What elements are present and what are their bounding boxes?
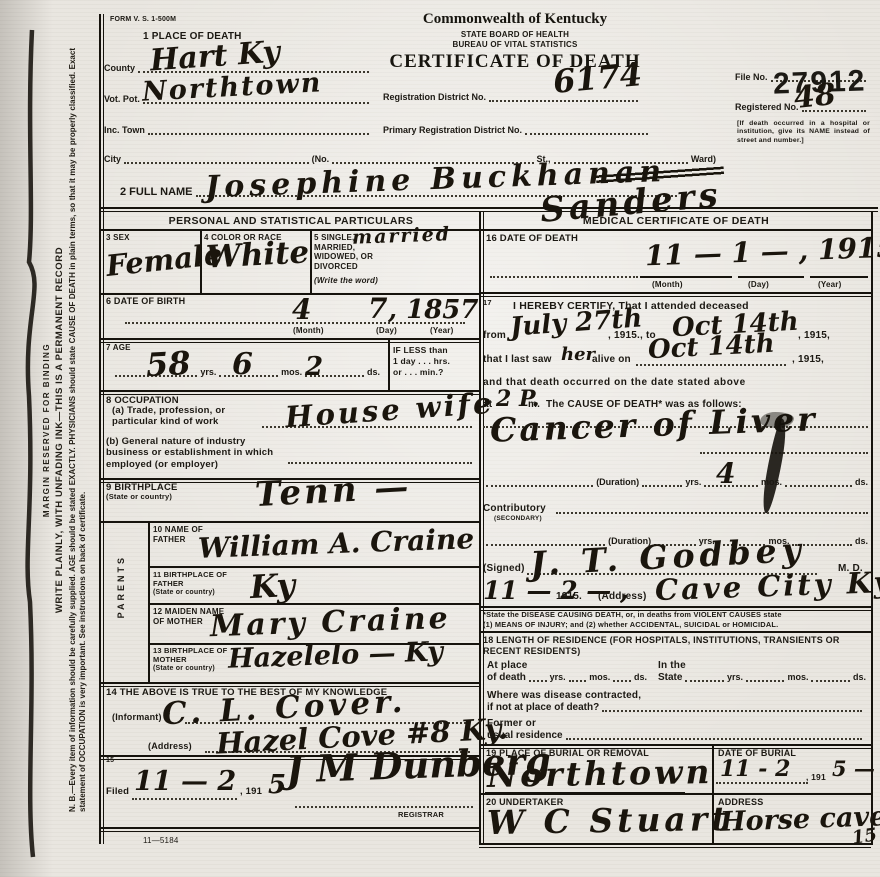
at-label: at (483, 399, 492, 411)
date-of-death-value: 11 — 1 — , 1915 (645, 234, 880, 271)
in-state-line: State yrs. mos. ds. (658, 672, 866, 683)
margin-nb-note: N. B.—Every item of information should b… (68, 48, 89, 812)
duration-line-primary: (Duration) yrs. mos. ds. (483, 478, 868, 488)
mos-caption: mos. (761, 478, 782, 488)
yrs-caption: yrs. (727, 673, 743, 683)
rule (810, 276, 868, 278)
file-no-label: File No. (735, 73, 768, 83)
margin-write-plainly-note: WRITE PLAINLY, WITH UNFADING INK—THIS IS… (54, 48, 65, 812)
state-board-label: STATE BOARD OF HEALTH (360, 30, 670, 40)
dotted-leader (148, 133, 369, 135)
dotted-leader (716, 770, 808, 784)
dotted-leader (288, 448, 472, 464)
age-label: 7 AGE (106, 343, 131, 353)
last-saw-year: , 1915, (792, 354, 824, 366)
age-years-value: 58 (145, 347, 191, 381)
rule (148, 566, 479, 568)
form-number: FORM V. S. 1-500M (110, 16, 176, 24)
table-right-edge (871, 212, 873, 845)
year-caption: (Year) (430, 326, 453, 336)
filed-date-value: 11 — 2 (134, 768, 236, 795)
dotted-leader (642, 485, 682, 487)
contracted-label-2: if not at place of death? (487, 702, 599, 713)
dotted-leader (295, 794, 473, 808)
yrs-caption: yrs. (550, 673, 566, 683)
margin-binding-note: MARGIN RESERVED FOR BINDING (42, 48, 51, 812)
city-label: City (104, 155, 121, 165)
signed-label: (Signed) (483, 563, 525, 575)
rule (738, 276, 804, 278)
day-caption: (Day) (376, 326, 397, 336)
father-birthplace-label: 11 BIRTHPLACE OF FATHER (153, 570, 228, 588)
dotted-leader (529, 680, 547, 682)
father-birthplace-value: Ky (249, 569, 296, 603)
dotted-leader (785, 485, 852, 487)
cell-divider (310, 230, 312, 293)
physician-address-value: Cave City Ky (655, 568, 880, 605)
rule (479, 793, 871, 795)
dob-year-value: , 1857 (388, 297, 478, 323)
residence-label: 18 LENGTH OF RESIDENCE (FOR HOSPITALS, I… (483, 635, 863, 657)
primary-district-label: Primary Registration District No. (383, 126, 522, 136)
ds-caption: ds. (634, 673, 647, 683)
rule (100, 827, 479, 832)
sex-label: 3 SEX (106, 233, 130, 243)
birthplace-sub-label: (State or country) (106, 492, 172, 501)
rule (101, 338, 479, 343)
filed-label: Filed (106, 786, 129, 797)
registered-no-label: Registered No. (735, 103, 799, 113)
form-left-edge (99, 14, 104, 844)
burial-date-year-value: 5 — (832, 758, 875, 779)
rule (479, 229, 871, 231)
rule (101, 521, 479, 523)
city-ward-label: Ward) (691, 155, 716, 165)
full-name-label: 2 FULL NAME (120, 186, 193, 198)
father-birthplace-sub: (State or country) (153, 589, 215, 597)
month-caption: (Month) (652, 280, 683, 290)
duration-caption: (Duration) (596, 478, 639, 488)
plate-number: 11—5184 (143, 836, 179, 846)
former-label-1: Former or (487, 718, 536, 730)
dob-month-value: 4 (292, 296, 311, 324)
rule (479, 631, 871, 633)
registrar-label: REGISTRAR (398, 810, 444, 819)
primary-district-line: Primary Registration District No. (383, 126, 651, 136)
last-saw-text-1: that I last saw (483, 354, 552, 366)
dob-day-value: 7 (368, 295, 387, 323)
dotted-leader (613, 680, 631, 682)
at-place-label-2: of death (487, 672, 526, 683)
age-ds-caption: ds. (367, 368, 380, 378)
medical-section-title: MEDICAL CERTIFICATE OF DEATH (481, 215, 871, 228)
dotted-leader (811, 680, 850, 682)
if-less-note-2: 1 day . . . hrs. (393, 356, 450, 366)
if-less-note-3: or . . . min.? (393, 367, 444, 377)
death-certificate-scan: MARGIN RESERVED FOR BINDING WRITE PLAINL… (0, 0, 880, 877)
city-no-label: (No. (312, 155, 330, 165)
bureau-label: BUREAU OF VITAL STATISTICS (360, 40, 670, 50)
cell-divider (388, 340, 390, 392)
commonwealth-title: Commonwealth of Kentucky (360, 11, 670, 28)
age-days-value: 2 (305, 354, 323, 380)
mos-caption: mos. (589, 673, 610, 683)
dotted-leader (525, 133, 648, 135)
certify-item-number: 17 (483, 298, 492, 307)
in-the-label-1: In the (658, 660, 686, 672)
dotted-leader (602, 710, 862, 712)
last-saw-text-2: alive on (592, 354, 631, 366)
contracted-label-1: Where was disease contracted, (487, 690, 641, 702)
day-caption: (Day) (748, 280, 769, 290)
dotted-leader (490, 262, 638, 278)
month-caption: (Month) (293, 326, 324, 336)
contracted-line: if not at place of death? (487, 702, 865, 713)
parents-vertical-label: PARENTS (116, 555, 126, 618)
dotted-leader (566, 738, 862, 740)
duration-months-value: 4 (716, 460, 735, 488)
signed-address-label: (Address) (598, 591, 646, 603)
precinct-label: Vot. Pot. (104, 95, 140, 105)
mother-birthplace-sub: (State or country) (153, 665, 215, 673)
at-place-label-1: At place (487, 660, 528, 672)
undertaker-value: W C Stuart (487, 802, 731, 839)
filed-year-value: 5 (268, 772, 286, 798)
age-months-value: 6 (232, 350, 253, 380)
certify-to-year: , 1915, (798, 330, 830, 342)
section-divider-rule (100, 207, 878, 212)
rule (101, 682, 479, 687)
last-saw-value: Oct 14th (647, 331, 775, 364)
year-caption: (Year) (818, 280, 841, 290)
occupation-b-label: (b) General nature of industry business … (106, 436, 286, 470)
burial-date-printed: , 191 (806, 772, 826, 782)
registered-no-value: 48 (793, 80, 838, 114)
date-of-death-label: 16 DATE OF DEATH (486, 233, 578, 244)
secondary-caption: (SECONDARY) (494, 515, 542, 523)
informant-address-label: (Address) (148, 741, 192, 752)
dotted-leader (569, 680, 587, 682)
filed-item-number: 15 (106, 757, 114, 765)
certify-from-label: from (483, 330, 506, 342)
mother-birthplace-value: Hazelelo — Ky (228, 638, 444, 672)
dotted-leader (489, 100, 638, 102)
last-saw-her: her (561, 346, 595, 364)
at-place-line: of death yrs. mos. ds. (487, 672, 647, 683)
ds-caption: ds. (855, 478, 868, 488)
registration-district-label: Registration District No. (383, 93, 486, 103)
yrs-caption: yrs. (685, 478, 701, 488)
birthplace-value: Tenn — (254, 470, 412, 512)
occupation-a-label: (a) Trade, profession, or particular kin… (112, 405, 267, 428)
mother-birthplace-label: 13 BIRTHPLACE OF MOTHER (153, 646, 228, 664)
contributory-label: Contributory (483, 503, 546, 515)
former-residence-line: usual residence (487, 730, 865, 741)
cause-footnote-2: (1) MEANS OF INJURY; and (2) whether ACC… (483, 621, 778, 630)
mos-caption: mos. (787, 673, 808, 683)
father-name-value: William A. Craine (198, 525, 475, 563)
inc-town-label: Inc. Town (104, 126, 145, 136)
registration-district-value: 6174 (552, 58, 644, 98)
dotted-leader (746, 680, 785, 682)
dotted-leader (124, 162, 309, 164)
rule (640, 276, 732, 278)
ds-caption: ds. (853, 673, 866, 683)
former-label-2: usual residence (487, 730, 563, 741)
age-mos-caption: mos. (281, 368, 302, 378)
marital-sub-label: (Write the word) (314, 276, 378, 286)
ds-caption: ds. (855, 537, 868, 547)
county-label: County (104, 64, 135, 74)
rule (479, 292, 871, 297)
marital-value: married (352, 225, 452, 247)
hospital-note: [If death occurred in a hospital or inst… (737, 120, 870, 145)
dotted-leader (486, 485, 593, 487)
if-less-note-1: IF LESS than (393, 345, 448, 355)
rule (479, 843, 871, 848)
margin-instructions: MARGIN RESERVED FOR BINDING WRITE PLAINL… (42, 48, 98, 812)
race-value: White (205, 237, 310, 273)
age-yrs-caption: yrs. (200, 368, 216, 378)
cause-footnote-1: *State the DISEASE CAUSING DEATH, or, in… (483, 611, 782, 620)
cell-divider (148, 521, 150, 683)
in-the-label-2: State (658, 672, 682, 683)
dotted-leader (685, 680, 724, 682)
filed-year-printed: , 191 (240, 786, 262, 797)
inc-town-line: Inc. Town (104, 126, 372, 136)
signed-year-printed: 1915. (556, 591, 582, 603)
dotted-leader (556, 500, 868, 514)
burial-place-value: Northtown (487, 755, 713, 792)
